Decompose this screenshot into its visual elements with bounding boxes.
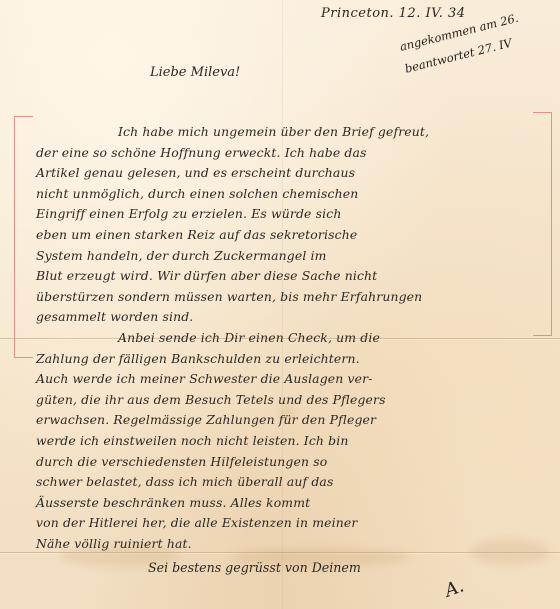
body-line: Blut erzeugt wird. Wir dürfen aber diese… bbox=[36, 266, 541, 287]
signature: A. bbox=[442, 575, 467, 601]
closing-line: Sei bestens gegrüsst von Deinem bbox=[148, 560, 361, 575]
body-line: der eine so schöne Hoffnung erweckt. Ich… bbox=[36, 143, 541, 164]
salutation: Liebe Mileva! bbox=[150, 65, 240, 80]
body-line: nicht unmöglich, durch einen solchen che… bbox=[36, 184, 541, 205]
letter-body: Ich habe mich ungemein über den Brief ge… bbox=[36, 122, 541, 554]
body-line: Äusserste beschränken muss. Alles kommt bbox=[36, 493, 541, 514]
body-line: Eingriff einen Erfolg zu erzielen. Es wü… bbox=[36, 204, 541, 225]
body-line: werde ich einstweilen noch nicht leisten… bbox=[36, 431, 541, 452]
body-line: überstürzen sondern müssen warten, bis m… bbox=[36, 287, 541, 308]
body-line: von der Hitlerei her, die alle Existenze… bbox=[36, 513, 541, 534]
body-line: güten, die ihr aus dem Besuch Tetels und… bbox=[36, 390, 541, 411]
body-line: Nähe völlig ruiniert hat. bbox=[36, 534, 541, 555]
body-line: gesammelt worden sind. bbox=[36, 307, 541, 328]
body-line: eben um einen starken Reiz auf das sekre… bbox=[36, 225, 541, 246]
body-line: System handeln, der durch Zuckermangel i… bbox=[36, 246, 541, 267]
body-line: schwer belastet, dass ich mich überall a… bbox=[36, 472, 541, 493]
body-line: Auch werde ich meiner Schwester die Ausl… bbox=[36, 369, 541, 390]
body-line: erwachsen. Regelmässige Zahlungen für de… bbox=[36, 410, 541, 431]
body-line: Zahlung der fälligen Bankschulden zu erl… bbox=[36, 349, 541, 370]
letter-page: Princeton. 12. IV. 34 angekommen am 26. … bbox=[0, 0, 560, 609]
body-line: Artikel genau gelesen, und es erscheint … bbox=[36, 163, 541, 184]
place-date: Princeton. 12. IV. 34 bbox=[321, 6, 466, 21]
margin-bracket-left bbox=[14, 116, 33, 358]
body-line: durch die verschiedensten Hilfeleistunge… bbox=[36, 452, 541, 473]
body-line: Ich habe mich ungemein über den Brief ge… bbox=[36, 122, 541, 143]
body-line: Anbei sende ich Dir einen Check, um die bbox=[36, 328, 541, 349]
